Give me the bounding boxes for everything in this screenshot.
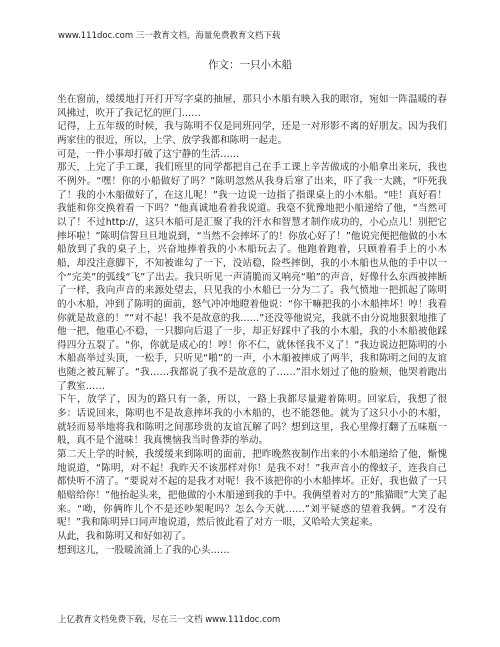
document-title: 作文：一只小木船	[0, 57, 500, 72]
paragraph: 第二天上学的时候，我缓缓来到陈明的面前，把昨晚熬夜制作出来的小木船递给了他，惭愧…	[57, 448, 447, 530]
paragraph: 坐在窗前，缓缓地打开打开写字桌的抽屉，那只小木船有映入我的眼帘，宛如一阵温暖的春…	[57, 93, 447, 120]
page-header: www.111doc.com 三一教育文档，海量免费教育文档下载	[58, 29, 280, 41]
document-body: 坐在窗前，缓缓地打开打开写字桌的抽屉，那只小木船有映入我的眼帘，宛如一阵温暖的春…	[57, 93, 447, 557]
paragraph: 下午，放学了，因为的路只有一条，所以，一路上我都尽量避着陈明。回家后，我想了很多…	[57, 393, 447, 448]
paragraph: 可是，一件小事却打破了这宁静的生活……	[57, 148, 447, 162]
paragraph: 想到这儿，一股暖流涌上了我的心头……	[57, 544, 447, 558]
paragraph: 从此，我和陈明又和好如初了。	[57, 530, 447, 544]
page-footer: 上亿教育文档免费下载，尽在三一文档 www.111doc.com	[58, 613, 280, 625]
paragraph: 记得，上五年级的时候，我与陈明不仅是同班同学，还是一对形影不离的好朋友。因为我们…	[57, 120, 447, 147]
paragraph: 那天，上完了手工课，我们班里的同学都把自己在手工课上辛苦做成的小船拿出来玩，我也…	[57, 161, 447, 393]
